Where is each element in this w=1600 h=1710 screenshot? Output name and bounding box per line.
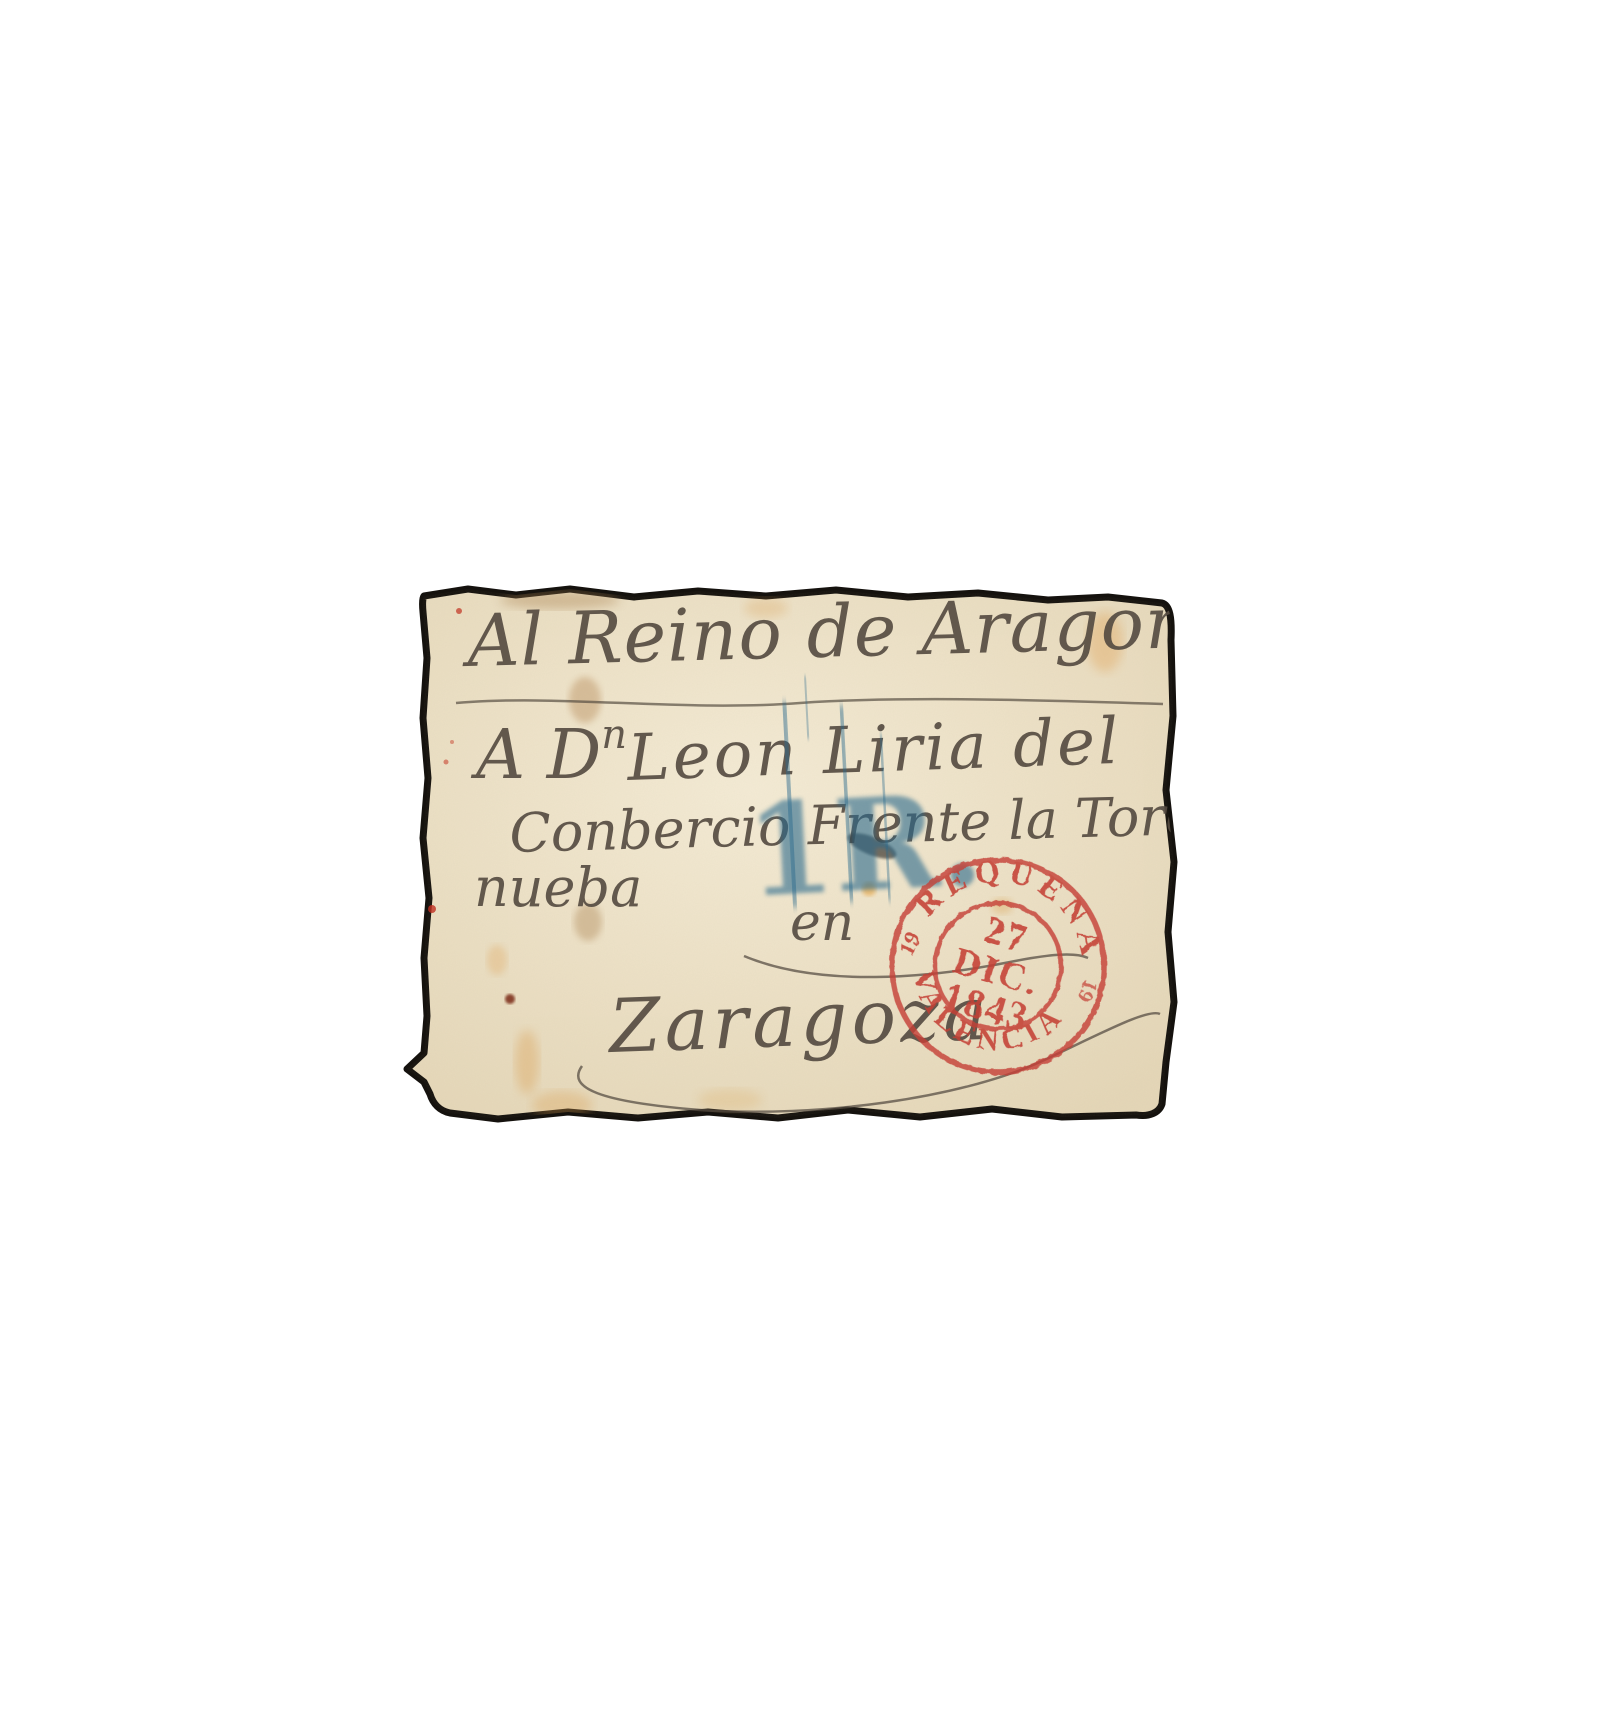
postal-cover: Al Reino de Aragon A Dn Leon Liria del C… <box>0 0 1600 1710</box>
stain <box>515 1030 539 1094</box>
stain <box>450 740 454 744</box>
stain <box>487 945 507 975</box>
stain <box>698 1089 762 1111</box>
porteo-smear <box>805 679 809 737</box>
stain <box>444 760 449 765</box>
address-line-2-main: A D <box>470 716 601 795</box>
stain <box>456 608 462 614</box>
scan-page: Al Reino de Aragon A Dn Leon Liria del C… <box>0 0 1600 1710</box>
address-line-2-superscript: n <box>601 712 627 758</box>
address-line-4: nueba <box>474 856 642 919</box>
stain <box>505 994 515 1004</box>
stain <box>428 905 436 913</box>
envelope: Al Reino de Aragon A Dn Leon Liria del C… <box>400 580 1198 1130</box>
